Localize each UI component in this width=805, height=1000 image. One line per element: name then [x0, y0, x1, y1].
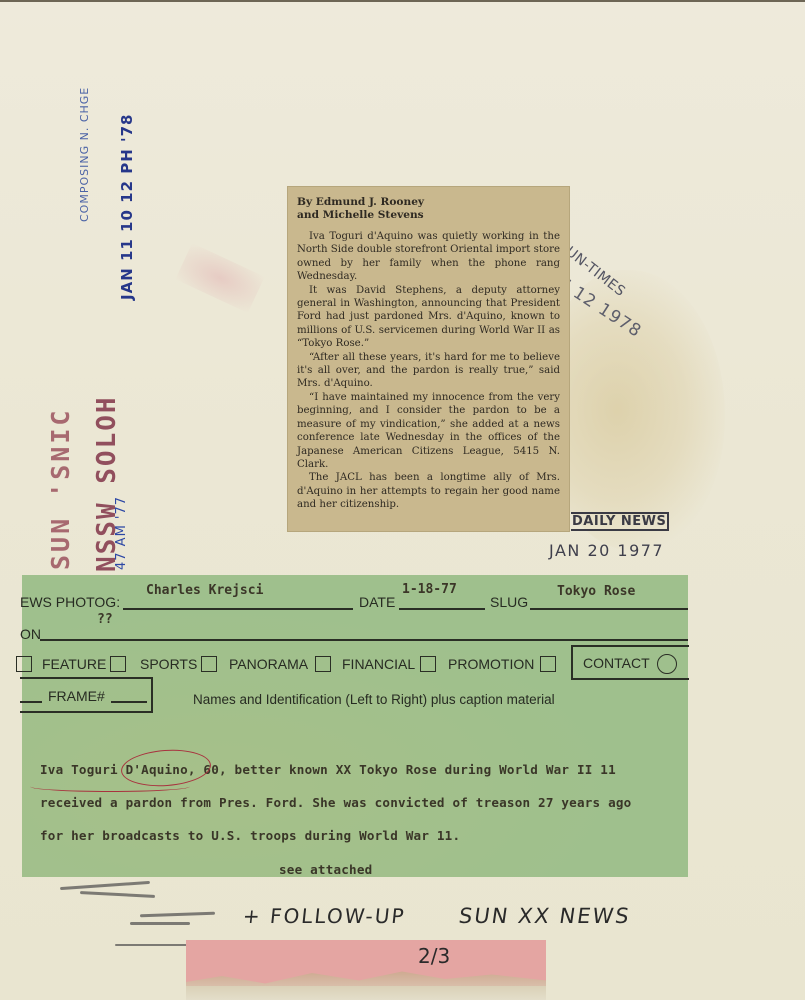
names-identification-label: Names and Identification (Left to Right)…: [193, 692, 555, 707]
frame-label: FRAME#: [48, 688, 105, 704]
checkbox-panorama[interactable]: [315, 656, 331, 672]
on-label: ON: [20, 626, 41, 642]
see-attached-note: see attached: [279, 862, 372, 877]
composing-stamp: COMPOSING N. CHGE: [78, 87, 91, 222]
newspaper-clipping: By Edmund J. Rooney and Michelle Stevens…: [287, 186, 570, 532]
photog-value: Charles Krejsci: [146, 583, 263, 598]
contact-box: CONTACT: [571, 645, 689, 680]
date-value: 1-18-77: [402, 582, 457, 597]
clipping-paragraph: Iva Toguri d'Aquino was quietly working …: [297, 230, 560, 284]
contact-circle-checkbox[interactable]: [657, 654, 677, 674]
on-line: [40, 639, 688, 641]
blue-time-stamp: 47 AM '77: [114, 496, 129, 570]
checkbox-financial[interactable]: [420, 656, 436, 672]
photog-label: EWS PHOTOG:: [20, 594, 120, 610]
checkbox-leading[interactable]: [16, 656, 32, 672]
slug-label: SLUG: [490, 594, 528, 610]
composing-date-stamp: JAN 11 10 12 PH '78: [118, 114, 136, 301]
paper-top-edge: [0, 0, 805, 2]
byline-line: By Edmund J. Rooney: [297, 196, 560, 209]
checkbox-sports[interactable]: [201, 656, 217, 672]
pencil-scribble: [60, 881, 150, 890]
dailynews-date-stamp: JAN 20 1977: [549, 541, 664, 560]
photo-back-paper: COMPOSING N. CHGE JAN 11 10 12 PH '78 SU…: [0, 0, 805, 1000]
slug-line: [530, 608, 688, 610]
pencil-underline: [115, 944, 190, 946]
clipping-paragraph: The JACL has been a longtime ally of Mrs…: [297, 471, 560, 511]
handwritten-sun-news: SUN XX NEWS: [457, 904, 632, 928]
checkbox-feature[interactable]: [110, 656, 126, 672]
clipping-byline: By Edmund J. Rooney and Michelle Stevens: [297, 196, 560, 222]
caption-form-slip: EWS PHOTOG: Charles Krejsci DATE 1-18-77…: [22, 575, 688, 877]
photog-line: [123, 608, 353, 610]
clipping-paragraph: “I have maintained my innocence from the…: [297, 391, 560, 471]
dailynews-stamp: DAILY NEWS: [571, 512, 669, 531]
pink-smudge: [175, 243, 264, 313]
pencil-scribble: [130, 922, 190, 925]
pencil-scribble: [80, 891, 155, 898]
paper-stain: [545, 270, 725, 550]
frame-box: FRAME#: [20, 677, 153, 713]
category-panorama-label: PANORAMA: [229, 656, 308, 672]
caption-line: for her broadcasts to U.S. troops during…: [40, 828, 460, 843]
red-stamp-outer: SUN 'SNIC: [46, 408, 75, 570]
handwritten-follow-up: + FOLLOW-UP: [242, 904, 407, 928]
category-promotion-label: PROMOTION: [448, 656, 534, 672]
date-line: [399, 608, 485, 610]
checkbox-promotion[interactable]: [540, 656, 556, 672]
date-label: DATE: [359, 594, 395, 610]
slug-value: Tokyo Rose: [557, 584, 635, 599]
frame-line: [111, 701, 147, 703]
category-feature-label: FEATURE: [42, 656, 106, 672]
clipping-paragraph: It was David Stephens, a deputy attorney…: [297, 284, 560, 351]
pencil-scribble: [140, 912, 215, 918]
contact-label: CONTACT: [583, 655, 650, 671]
question-marks: ??: [97, 612, 113, 627]
caption-line: received a pardon from Pres. Ford. She w…: [40, 795, 631, 810]
handwritten-page-number: 2/3: [418, 944, 450, 968]
category-sports-label: SPORTS: [140, 656, 197, 672]
dailynews-stamp-label: DAILY NEWS: [571, 512, 669, 531]
category-financial-label: FINANCIAL: [342, 656, 415, 672]
byline-line: and Michelle Stevens: [297, 209, 560, 222]
red-pen-underline: [30, 781, 190, 792]
frame-pre-line: [20, 701, 42, 703]
clipping-paragraph: “After all these years, it's hard for me…: [297, 351, 560, 391]
